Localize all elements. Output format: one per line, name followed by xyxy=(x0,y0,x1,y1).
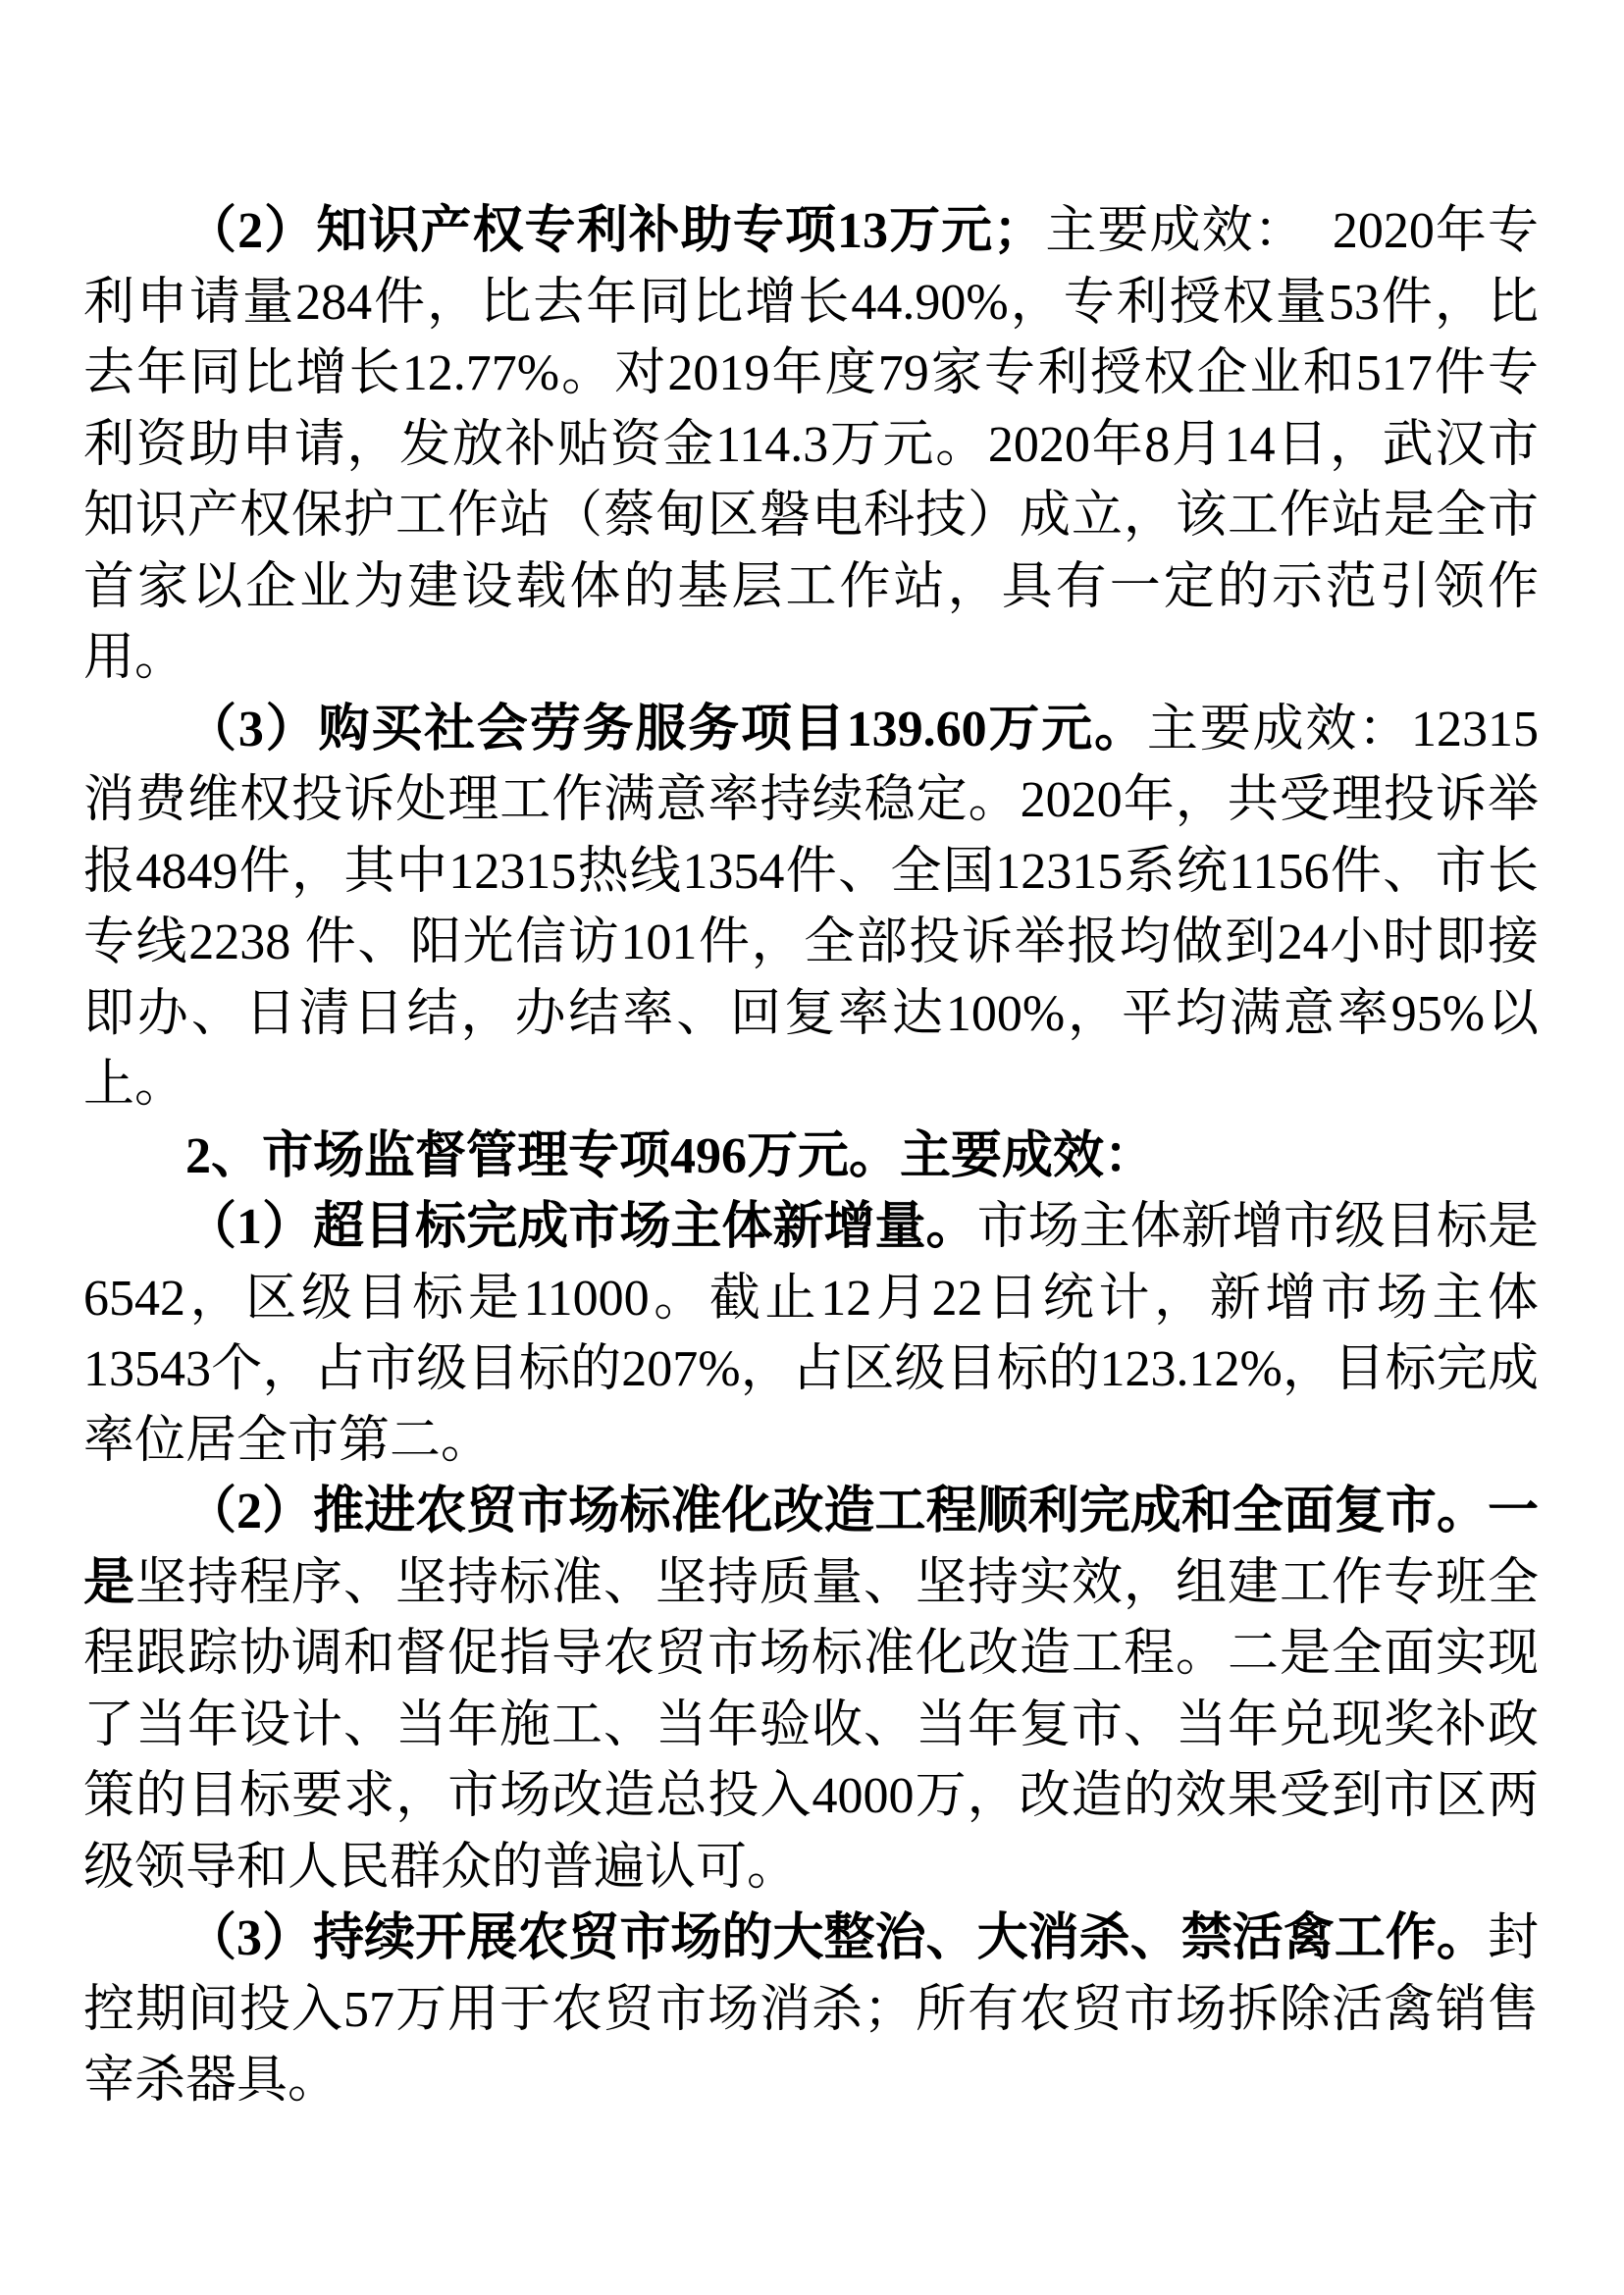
text-run-body: 主要成效： 2020年专利申请量284件，比去年同比增长44.90%，专利授权量… xyxy=(83,203,1539,686)
paragraph-farmers-market-renovation: （2）推进农贸市场标准化改造工程顺利完成和全面复市。一是坚持程序、坚持标准、坚持… xyxy=(83,1477,1539,1904)
paragraph-social-labor-service: （3）购买社会劳务服务项目139.60万元。主要成效：12315消费维权投诉处理… xyxy=(83,695,1539,1121)
paragraph-market-entities: （1）超目标完成市场主体新增量。市场主体新增市级目标是6542，区级目标是110… xyxy=(83,1192,1539,1477)
text-run-heading: （1）超目标完成市场主体新增量。 xyxy=(185,1199,977,1255)
paragraph-farmers-market-sanitation: （3）持续开展农贸市场的大整治、大消杀、禁活禽工作。封控期间投入57万用于农贸市… xyxy=(83,1904,1539,2117)
document-page: （2）知识产权专利补助专项13万元；主要成效： 2020年专利申请量284件，比… xyxy=(0,0,1624,2295)
text-run-body: 坚持程序、坚持标准、坚持质量、坚持实效，组建工作专班全程跟踪协调和督促指导农贸市… xyxy=(83,1555,1539,1896)
paragraph-patent-subsidy: （2）知识产权专利补助专项13万元；主要成效： 2020年专利申请量284件，比… xyxy=(83,196,1539,695)
text-run-heading: 2、市场监督管理专项496万元。主要成效： xyxy=(185,1128,1155,1184)
text-run-body: 主要成效：12315消费维权投诉处理工作满意率持续稳定。2020年，共受理投诉举… xyxy=(83,702,1539,1114)
text-run-heading: （2）知识产权专利补助专项13万元； xyxy=(185,203,1044,259)
text-run-heading: （3）购买社会劳务服务项目139.60万元。 xyxy=(185,702,1147,757)
paragraph-market-supervision-heading: 2、市场监督管理专项496万元。主要成效： xyxy=(83,1121,1539,1193)
text-run-heading: （3）持续开展农贸市场的大整治、大消杀、禁活禽工作。 xyxy=(185,1910,1488,1966)
